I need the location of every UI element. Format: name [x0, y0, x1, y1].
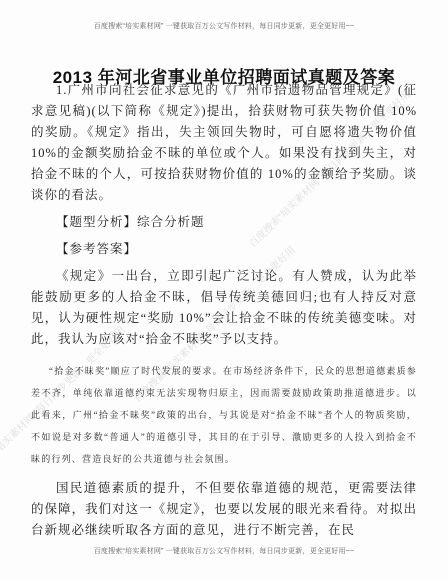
question-type-label: 【题型分析】综合分析题 [31, 212, 417, 233]
answer-note-paragraph: “拾金不昧奖”顺应了时代发展的要求。在市场经济条件下，民众的思想道德素质参差不齐… [31, 360, 417, 470]
answer-paragraph-2: 国民道德素质的提升，不但要依靠道德的规范，更需要法律的保障，我们对这一《规定》，… [31, 478, 417, 541]
document-body: 1.广州市向社会征求意见的《广州市拾遗物品管理规定》(征求意见稿)(以下简称《规… [31, 80, 417, 543]
question-paragraph: 1.广州市向社会征求意见的《广州市拾遗物品管理规定》(征求意见稿)(以下简称《规… [31, 80, 417, 206]
footer-promo-note: 百度搜索“培实素材网” 一键获取百万公文写作材料，每日同步更新，更全更好用~~ [0, 546, 448, 556]
header-promo-note: 百度搜索“培实素材网” 一键获取百万公文写作材料，每日同步更新，更全更好用~~ [0, 21, 448, 31]
reference-answer-label: 【参考答案】 [31, 239, 417, 260]
answer-paragraph-1: 《规定》一出台，立即引起广泛讨论。有人赞成，认为此举能鼓励更多的人拾金不昧，倡导… [31, 266, 417, 350]
document-page: 百度搜索“培实素材网” 每日同步更新，更全更好用 百度搜索“培实素材网” 每日同… [0, 0, 448, 580]
